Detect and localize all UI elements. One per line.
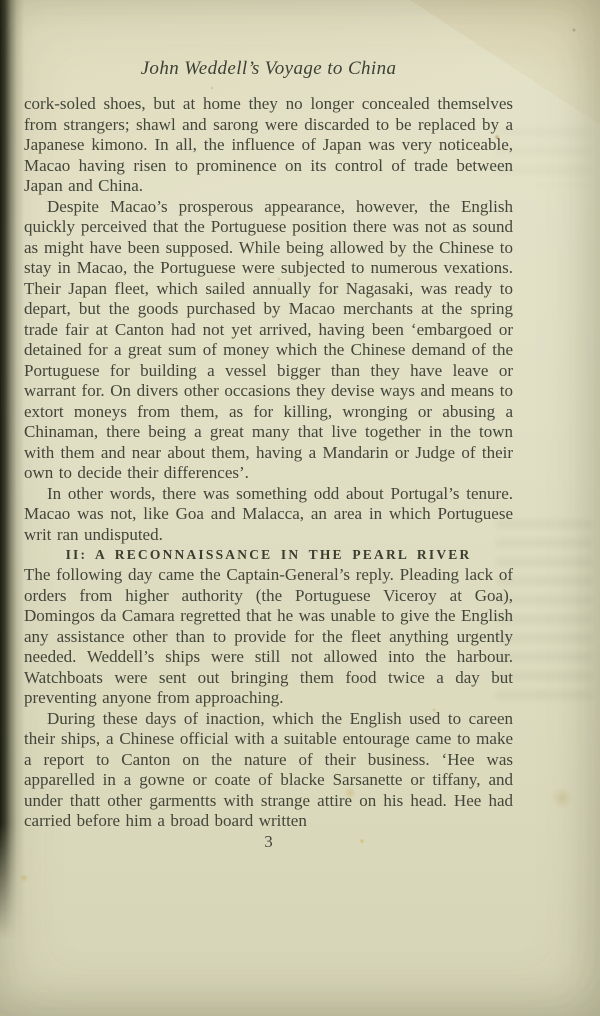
page-number: 3 (24, 832, 513, 853)
body-paragraph-3: In other words, there was something odd … (24, 484, 513, 546)
text-block: cork-soled shoes, but at home they no lo… (24, 94, 513, 852)
book-page-scan: John Weddell’s Voyage to China cork-sole… (0, 0, 600, 1016)
body-paragraph-5: During these days of inaction, which the… (24, 709, 513, 832)
body-paragraph-2: Despite Macao’s prosperous appearance, h… (24, 197, 513, 484)
body-paragraph-1: cork-soled shoes, but at home they no lo… (24, 94, 513, 197)
gutter-shadow (0, 0, 24, 958)
body-paragraph-4: The following day came the Captain-Gener… (24, 565, 513, 709)
section-heading: II: A RECONNAISSANCE IN THE PEARL RIVER (24, 545, 513, 565)
running-head: John Weddell’s Voyage to China (24, 58, 513, 80)
